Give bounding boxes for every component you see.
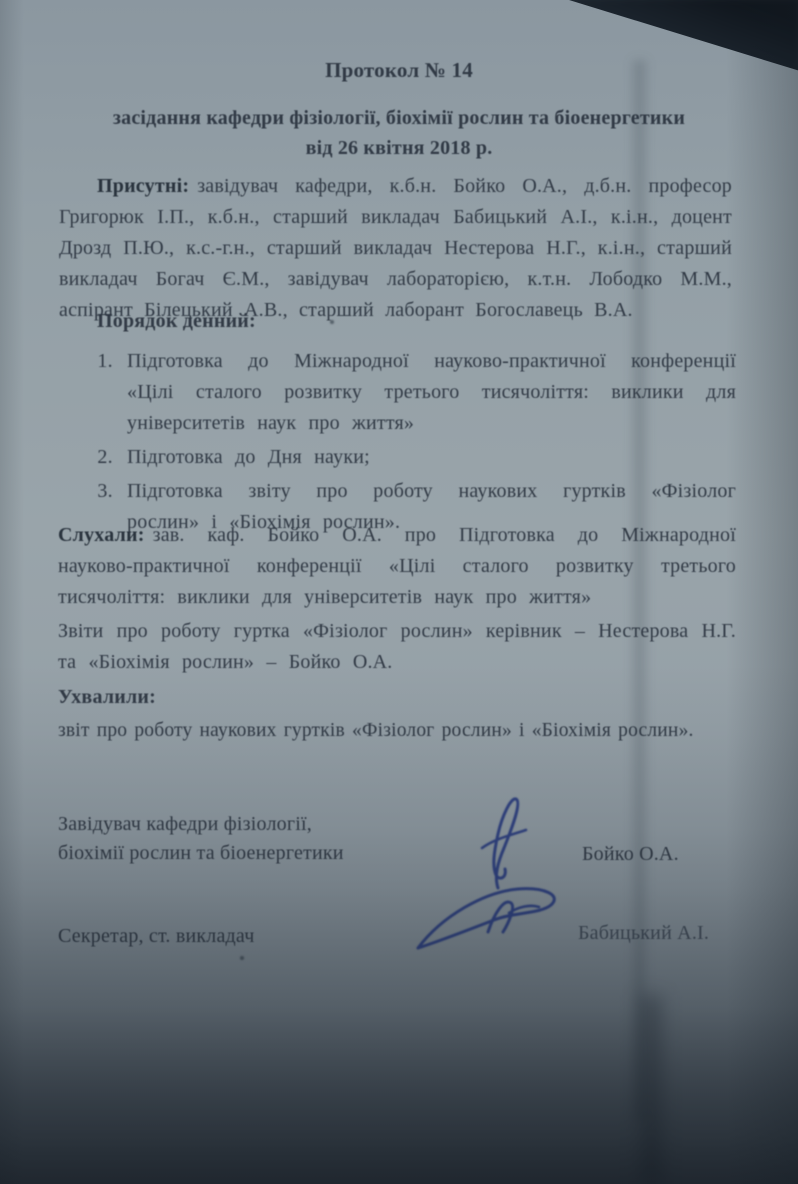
signature1-ink-image [468, 790, 538, 895]
heard-paragraph: Слухали:зав. каф. Бойко О.А. про Підгото… [58, 520, 736, 613]
signature2-role-line1: Секретар, ст. викладач [58, 922, 254, 951]
reports-paragraph: Звіти про роботу гуртка «Фізіолог рослин… [58, 616, 736, 678]
heard-text: зав. каф. Бойко О.А. про Підготовка до М… [58, 524, 736, 608]
signature-boyko-icon [468, 790, 538, 890]
signature2-ink-image [412, 882, 572, 962]
signature1-role: Завідувач кафедри фізіології, біохімії р… [58, 810, 344, 868]
signature2-name: Бабицький А.І. [578, 922, 709, 945]
resolved-text: звіт про роботу наукових гуртків «Фізіол… [58, 715, 758, 746]
subtitle-line-1: засідання кафедри фізіології, біохімії р… [0, 103, 798, 133]
agenda-item-1: Підготовка до Міжнародної науково-практи… [125, 346, 736, 439]
stray-ink-dot [330, 320, 334, 324]
agenda-label: Порядок денний: [97, 310, 256, 333]
present-paragraph: Присутні:завідувач кафедри, к.б.н. Бойко… [59, 171, 732, 326]
subtitle-line-2: від 26 квітня 2018 р. [0, 133, 798, 163]
present-label: Присутні: [97, 175, 189, 197]
signature2-role: Секретар, ст. викладач [58, 922, 254, 951]
agenda-list: Підготовка до Міжнародної науково-практи… [95, 346, 736, 541]
heard-label: Слухали: [58, 524, 145, 546]
resolved-label: Ухвалили: [58, 686, 156, 709]
signature1-name: Бойко О.А. [582, 843, 679, 866]
document-title: Протокол № 14 [0, 58, 798, 83]
stray-ink-dot-2 [240, 956, 244, 960]
signature-babytskyi-icon [412, 882, 572, 957]
document-subtitle: засідання кафедри фізіології, біохімії р… [0, 103, 798, 163]
signature1-role-line2: біохімії рослин та біоенергетики [58, 839, 344, 868]
signature1-role-line1: Завідувач кафедри фізіології, [58, 810, 344, 839]
agenda-ordered-list: Підготовка до Міжнародної науково-практи… [95, 346, 736, 538]
document-content: Протокол № 14 засідання кафедри фізіолог… [0, 0, 798, 1184]
scanned-document-page: Протокол № 14 засідання кафедри фізіолог… [0, 0, 798, 1184]
agenda-item-2: Підготовка до Дня науки; [125, 442, 736, 473]
